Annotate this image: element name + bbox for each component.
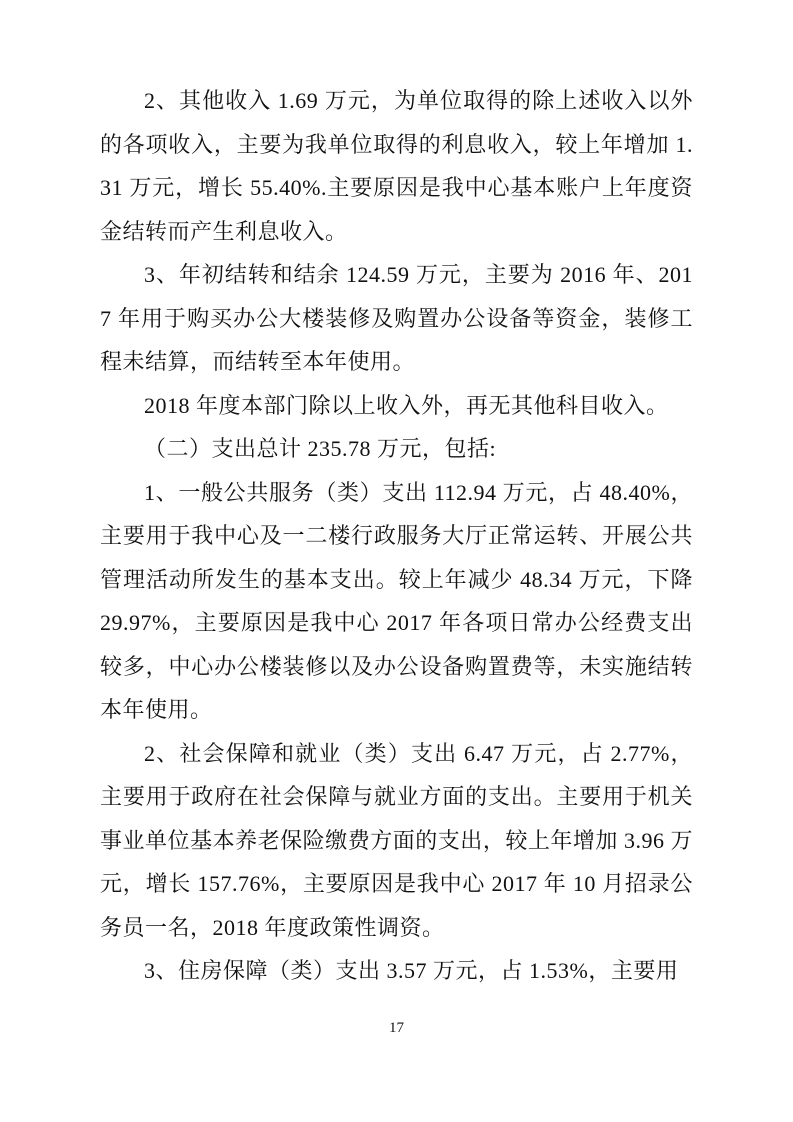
paragraph: 2、其他收入 1.69 万元，为单位取得的除上述收入以外的各项收入，主要为我单位… bbox=[100, 79, 693, 253]
paragraph: 3、年初结转和结余 124.59 万元，主要为 2016 年、2017 年用于购… bbox=[100, 253, 693, 384]
paragraph: 1、一般公共服务（类）支出 112.94 万元，占 48.40%，主要用于我中心… bbox=[100, 471, 693, 732]
document-page: 2、其他收入 1.69 万元，为单位取得的除上述收入以外的各项收入，主要为我单位… bbox=[0, 0, 793, 1122]
paragraph: 3、住房保障（类）支出 3.57 万元，占 1.53%，主要用 bbox=[100, 949, 693, 993]
paragraph: 2018 年度本部门除以上收入外，再无其他科目收入。 bbox=[100, 384, 693, 428]
page-number: 17 bbox=[0, 1020, 793, 1037]
document-body: 2、其他收入 1.69 万元，为单位取得的除上述收入以外的各项收入，主要为我单位… bbox=[100, 79, 693, 993]
paragraph: （二）支出总计 235.78 万元，包括: bbox=[100, 427, 693, 471]
paragraph: 2、社会保障和就业（类）支出 6.47 万元，占 2.77%，主要用于政府在社会… bbox=[100, 732, 693, 950]
